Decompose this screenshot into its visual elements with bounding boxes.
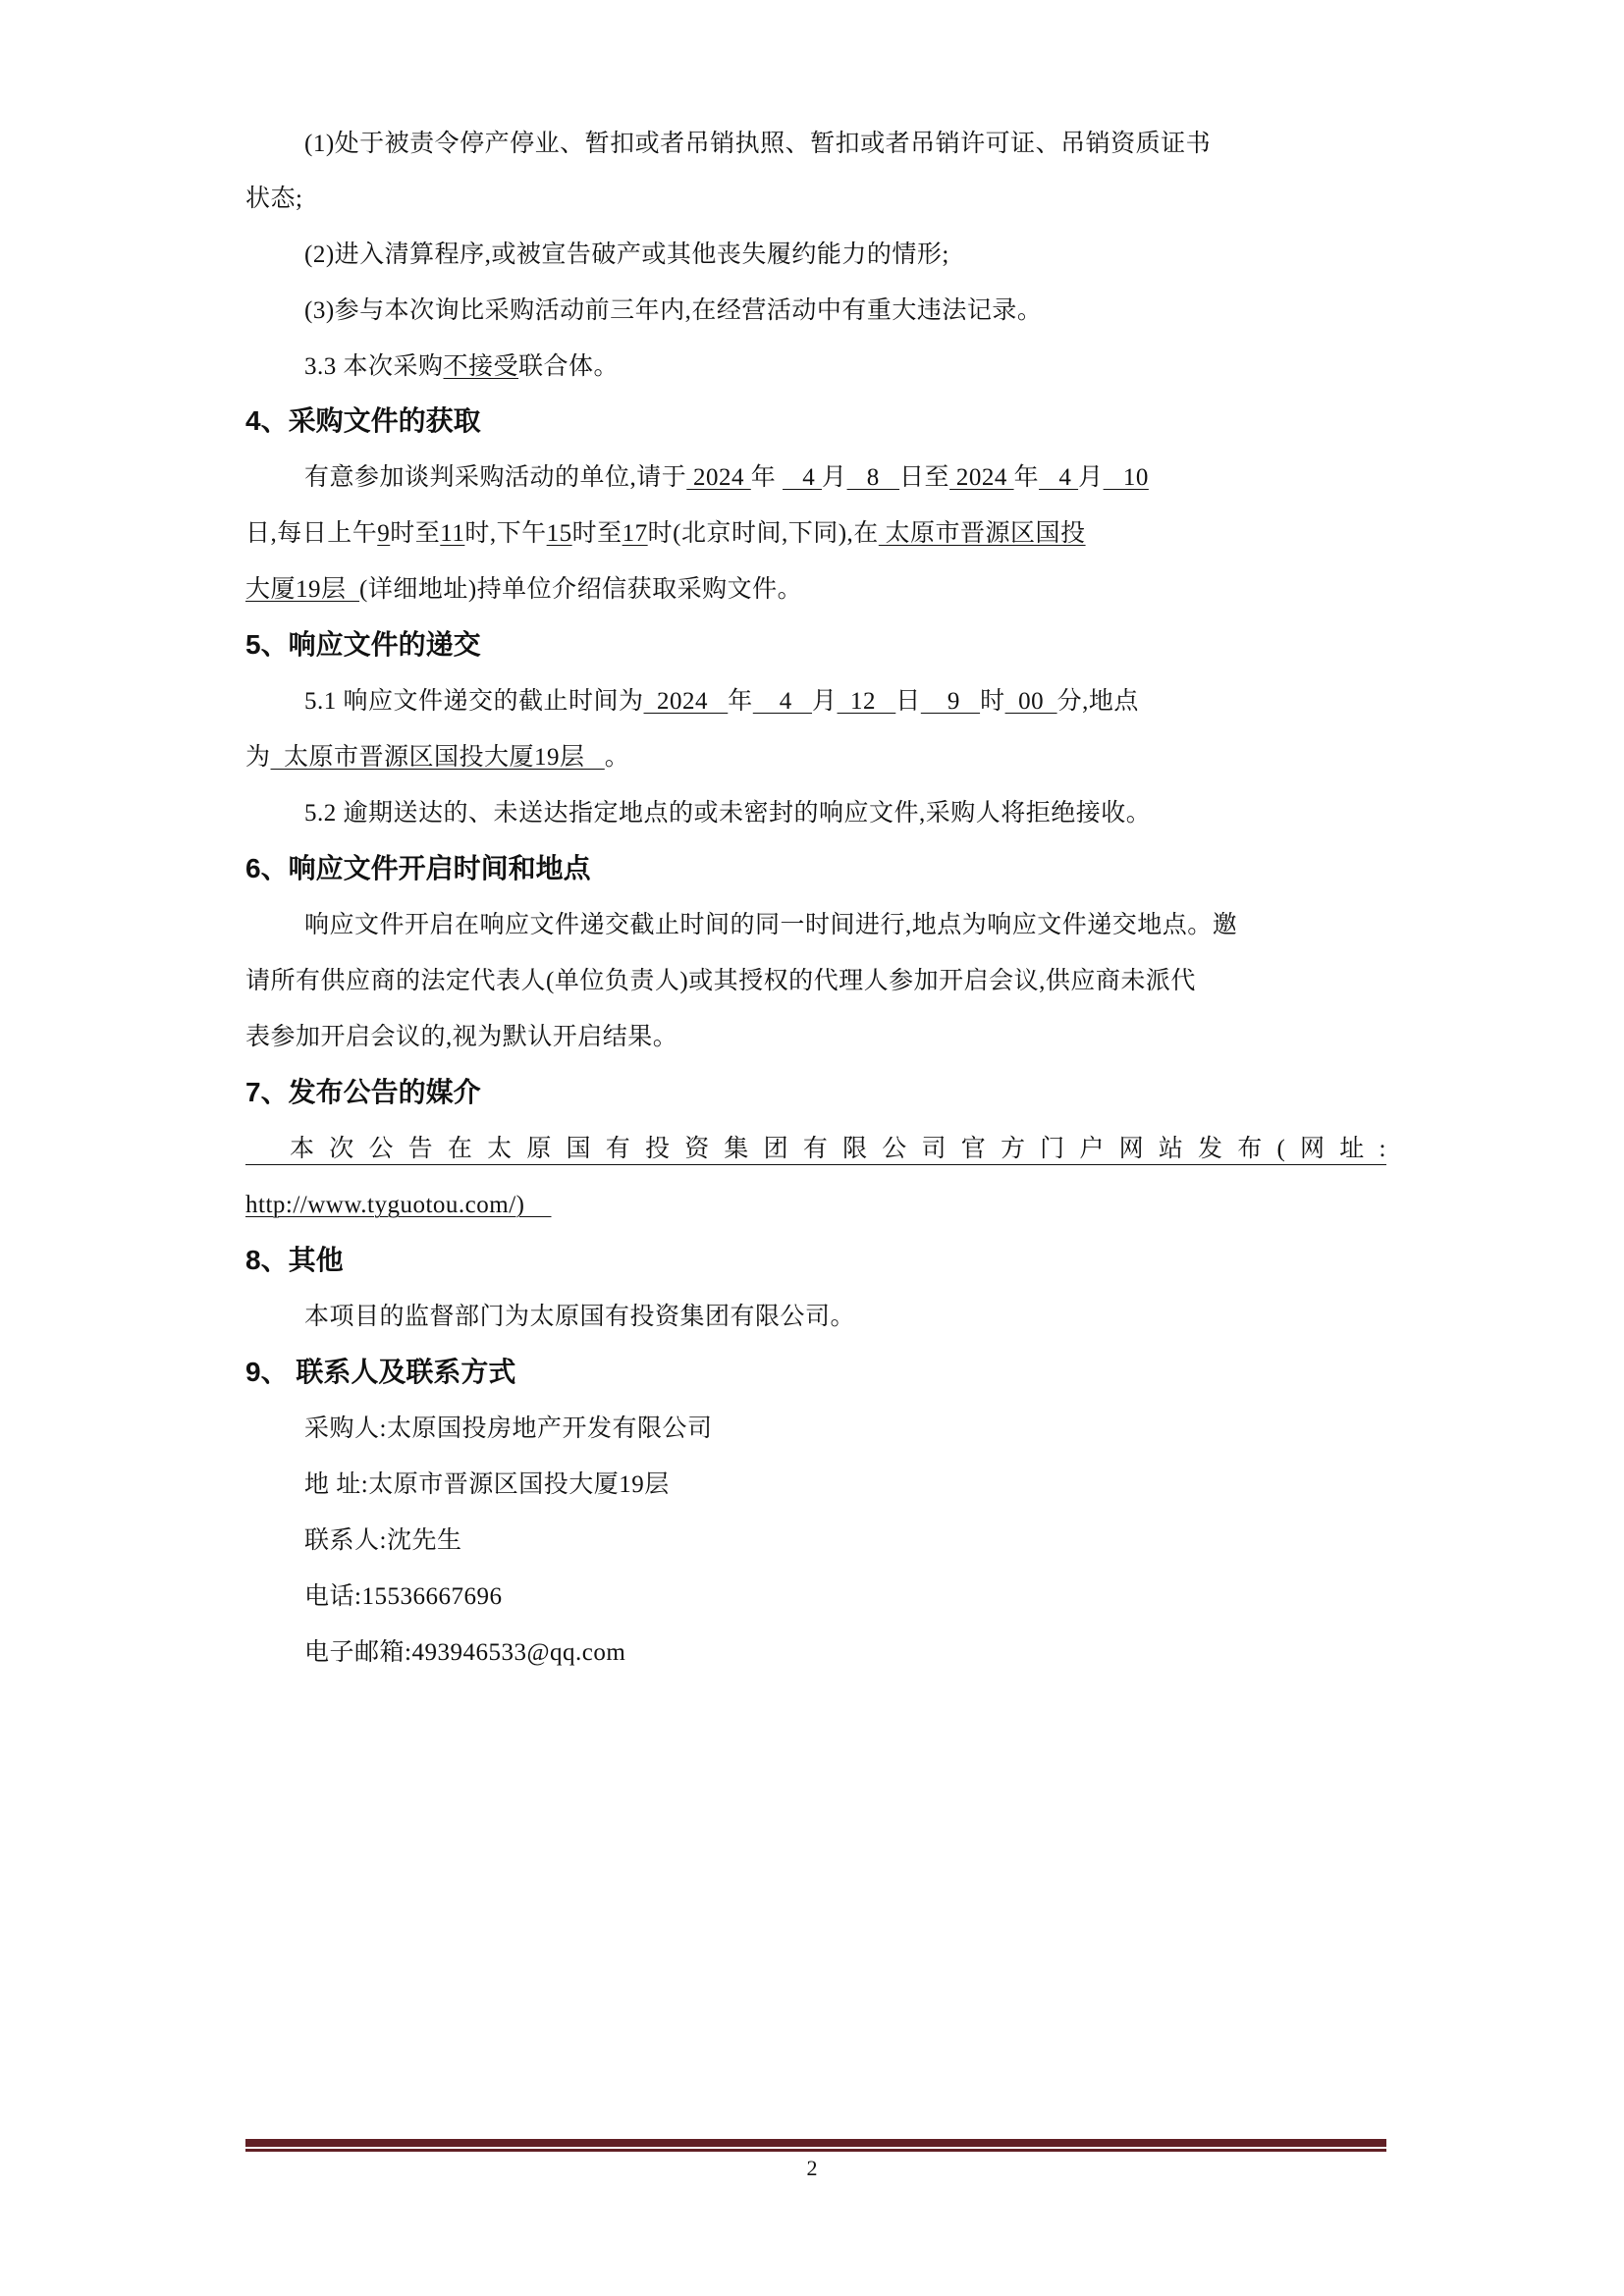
char: 投 bbox=[645, 1133, 671, 1166]
char: 次 bbox=[329, 1133, 354, 1166]
char: 址 bbox=[1339, 1133, 1365, 1166]
text: 有意参加谈判采购活动的单位,请于 bbox=[304, 464, 686, 491]
item-2: (2)进入清算程序,或被宣告破产或其他丧失履约能力的情形; bbox=[245, 239, 1386, 272]
char: 网 bbox=[1300, 1133, 1326, 1166]
char: 公 bbox=[882, 1133, 907, 1166]
char: 网 bbox=[1119, 1133, 1145, 1166]
text: 日至 bbox=[899, 464, 949, 491]
item-text: 进入清算程序,或被宣告破产或其他丧失履约能力的情形; bbox=[335, 241, 949, 268]
field-address: 太原市晋源区国投 bbox=[879, 520, 1086, 547]
s6-line3: 表参加开启会议的,视为默认开启结果。 bbox=[245, 1021, 1386, 1054]
text: 日 bbox=[895, 688, 921, 715]
footer-rule-thin bbox=[245, 2149, 1386, 2152]
media-statement: 本次公告在太原国有投资集团有限公司官方门户网站发布(网址: bbox=[245, 1133, 1386, 1166]
field-pm-end: 17 bbox=[623, 520, 648, 547]
item-label: (1) bbox=[304, 131, 335, 157]
char: 本 bbox=[290, 1133, 315, 1166]
char: 团 bbox=[764, 1133, 789, 1166]
underlined-text: 不接受 bbox=[444, 353, 519, 380]
s6-line1: 响应文件开启在响应文件递交截止时间的同一时间进行,地点为响应文件递交地点。邀 bbox=[245, 909, 1386, 942]
item-text: 处于被责令停产停业、暂扣或者吊销执照、暂扣或者吊销许可证、吊销资质证书 bbox=[335, 131, 1212, 157]
field-end-year: 2024 bbox=[949, 464, 1014, 491]
char: 官 bbox=[961, 1133, 987, 1166]
field-start-month: 4 bbox=[783, 464, 822, 491]
char: 限 bbox=[842, 1133, 868, 1166]
item-label: (2) bbox=[304, 241, 335, 268]
section-heading-6: 6、响应文件开启时间和地点 bbox=[245, 852, 591, 885]
char: 告 bbox=[408, 1133, 434, 1166]
field-deadline-hour: 9 bbox=[921, 688, 980, 715]
char: 方 bbox=[1001, 1133, 1026, 1166]
section-heading-8: 8、其他 bbox=[245, 1244, 344, 1277]
field-am-start: 9 bbox=[377, 520, 390, 547]
char: 门 bbox=[1040, 1133, 1065, 1166]
char: 户 bbox=[1079, 1133, 1105, 1166]
s4-line3: 大厦19层 (详细地址)持单位介绍信获取采购文件。 bbox=[245, 573, 1386, 607]
char: 站 bbox=[1159, 1133, 1184, 1166]
char: ( bbox=[1276, 1133, 1285, 1166]
char: 有 bbox=[803, 1133, 829, 1166]
text: 时至 bbox=[572, 520, 623, 547]
s4-line1: 有意参加谈判采购活动的单位,请于 2024 年 4 月 8 日至 2024 年 … bbox=[245, 461, 1386, 495]
field-submission-place: 太原市晋源区国投大厦19层 bbox=[271, 744, 605, 771]
field-pm-start: 15 bbox=[547, 520, 572, 547]
text: 日,每日上午 bbox=[245, 520, 377, 547]
char: 发 bbox=[1198, 1133, 1223, 1166]
item-1-line2: 状态; bbox=[245, 183, 1386, 216]
website-url[interactable]: http://www.tyguotou.com/) bbox=[245, 1192, 551, 1218]
field-end-month: 4 bbox=[1039, 464, 1078, 491]
page-number: 2 bbox=[0, 2156, 1624, 2181]
text: 年 bbox=[728, 688, 753, 715]
text: (详细地址)持单位介绍信获取采购文件。 bbox=[359, 576, 802, 603]
field-address: 大厦19层 bbox=[245, 576, 359, 603]
char: 在 bbox=[448, 1133, 473, 1166]
text: 时至 bbox=[390, 520, 440, 547]
char: : bbox=[1379, 1133, 1385, 1166]
contact-person: 联系人:沈先生 bbox=[245, 1524, 1386, 1558]
text: 为 bbox=[245, 744, 271, 771]
field-end-day: 10 bbox=[1104, 464, 1149, 491]
char: 布 bbox=[1237, 1133, 1263, 1166]
item-text: 参与本次询比采购活动前三年内,在经营活动中有重大违法记录。 bbox=[335, 297, 1043, 324]
footer-rule-thick bbox=[245, 2139, 1386, 2147]
char: 太 bbox=[487, 1133, 513, 1166]
text: 月 bbox=[812, 688, 838, 715]
field-deadline-day: 12 bbox=[838, 688, 896, 715]
section-heading-5: 5、响应文件的递交 bbox=[245, 628, 481, 662]
field-deadline-month: 4 bbox=[753, 688, 812, 715]
text: 5.1 响应文件递交的截止时间为 bbox=[304, 688, 644, 715]
s4-line2: 日,每日上午9时至11时,下午15时至17时(北京时间,下同),在 太原市晋源区… bbox=[245, 517, 1386, 551]
item-label: (3) bbox=[304, 297, 335, 324]
s5-p2: 5.2 逾期送达的、未送达指定地点的或未密封的响应文件,采购人将拒绝接收。 bbox=[245, 797, 1386, 830]
field-deadline-minute: 00 bbox=[1005, 688, 1057, 715]
text: 年 bbox=[1014, 464, 1040, 491]
section-heading-7: 7、发布公告的媒介 bbox=[245, 1076, 481, 1109]
s7-line2: http://www.tyguotou.com/) bbox=[245, 1189, 1386, 1222]
char: 集 bbox=[724, 1133, 749, 1166]
contact-email: 电子邮箱:493946533@qq.com bbox=[245, 1636, 1386, 1670]
text: 。 bbox=[605, 744, 630, 771]
contact-address: 地 址:太原市晋源区国投大厦19层 bbox=[245, 1468, 1386, 1502]
text: 时,下午 bbox=[464, 520, 546, 547]
text: 时 bbox=[980, 688, 1005, 715]
footer-divider bbox=[245, 2139, 1386, 2152]
text: 年 bbox=[751, 464, 777, 491]
s8-text: 本项目的监督部门为太原国有投资集团有限公司。 bbox=[245, 1301, 1386, 1334]
char: 原 bbox=[526, 1133, 552, 1166]
char: 司 bbox=[922, 1133, 947, 1166]
char: 资 bbox=[684, 1133, 710, 1166]
char: 有 bbox=[606, 1133, 631, 1166]
field-start-year: 2024 bbox=[686, 464, 751, 491]
field-start-day: 8 bbox=[847, 464, 900, 491]
item-3: (3)参与本次询比采购活动前三年内,在经营活动中有重大违法记录。 bbox=[245, 294, 1386, 328]
text: 月 bbox=[822, 464, 847, 491]
char: 国 bbox=[567, 1133, 592, 1166]
field-deadline-year: 2024 bbox=[644, 688, 729, 715]
clause-text: 联合体。 bbox=[518, 353, 619, 380]
s5-p1-line1: 5.1 响应文件递交的截止时间为 2024 年 4 月 12 日 9 时 00 … bbox=[245, 685, 1386, 719]
clause-text: 3.3 本次采购 bbox=[304, 353, 444, 380]
s6-line2: 请所有供应商的法定代表人(单位负责人)或其授权的代理人参加开启会议,供应商未派代 bbox=[245, 965, 1386, 998]
s5-p1-line2: 为 太原市晋源区国投大厦19层 。 bbox=[245, 741, 1386, 774]
section-heading-4: 4、采购文件的获取 bbox=[245, 404, 481, 438]
contact-phone: 电话:15536667696 bbox=[245, 1580, 1386, 1614]
text: 分,地点 bbox=[1057, 688, 1139, 715]
field-am-end: 11 bbox=[440, 520, 464, 547]
contact-purchaser: 采购人:太原国投房地产开发有限公司 bbox=[245, 1413, 1386, 1446]
char: 公 bbox=[368, 1133, 394, 1166]
section-heading-9: 9、 联系人及联系方式 bbox=[245, 1356, 515, 1389]
item-1-line1: (1)处于被责令停产停业、暂扣或者吊销执照、暂扣或者吊销许可证、吊销资质证书 bbox=[245, 128, 1386, 161]
clause-3-3: 3.3 本次采购不接受联合体。 bbox=[245, 350, 1386, 384]
text: 月 bbox=[1078, 464, 1104, 491]
text: 时(北京时间,下同),在 bbox=[648, 520, 879, 547]
s7-line1: 本次公告在太原国有投资集团有限公司官方门户网站发布(网址: bbox=[245, 1133, 1386, 1165]
